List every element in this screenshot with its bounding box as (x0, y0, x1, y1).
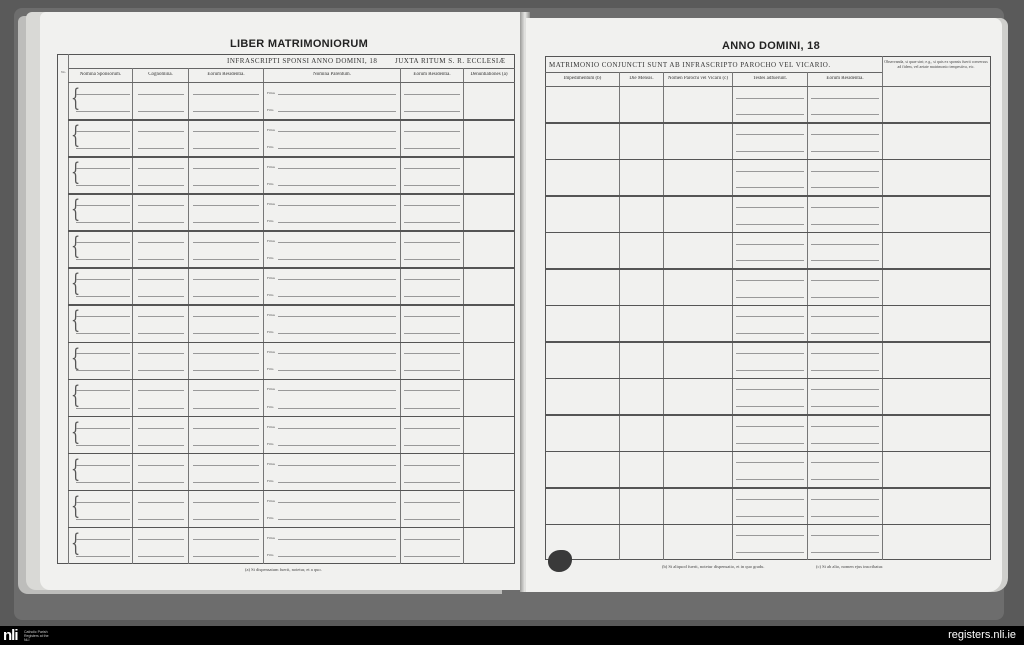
entry-line[interactable] (138, 131, 184, 132)
row-divider (68, 490, 515, 492)
entry-line[interactable] (811, 134, 879, 135)
row-divider (68, 119, 515, 121)
row-divider (68, 193, 515, 195)
entry-line[interactable] (193, 185, 259, 186)
entry-line[interactable] (278, 205, 396, 206)
entry-line[interactable] (278, 185, 396, 186)
entry-line[interactable] (278, 259, 396, 260)
brace-icon: { (71, 234, 80, 258)
entry-line[interactable] (278, 94, 396, 95)
entry-line[interactable] (811, 207, 879, 208)
entry-line[interactable] (811, 151, 879, 152)
footer-bar: nli Catholic Parish Registers at the NLI… (0, 626, 1024, 645)
entry-line[interactable] (193, 390, 259, 391)
entry-line[interactable] (138, 111, 184, 112)
entry-line[interactable] (278, 333, 396, 334)
row-divider (68, 527, 515, 529)
entry-line[interactable] (278, 279, 396, 280)
left-header-line-right: JUXTA RITUM S. R. ECCLESIÆ (395, 57, 505, 65)
entry-line[interactable] (278, 148, 396, 149)
entry-line[interactable] (736, 316, 804, 317)
entry-line[interactable] (404, 279, 460, 280)
entry-line[interactable] (193, 482, 259, 483)
entry-line[interactable] (76, 353, 130, 354)
entry-line[interactable] (76, 465, 130, 466)
entry-line[interactable] (193, 94, 259, 95)
filius-label: Filius (267, 462, 275, 466)
filius-label: Filius (267, 202, 275, 206)
col-header-nomina-parentum: Nomina Parentum. (264, 72, 400, 77)
entry-line[interactable] (811, 535, 879, 536)
brace-icon: { (71, 420, 80, 444)
entry-line[interactable] (736, 134, 804, 135)
entry-line[interactable] (404, 370, 460, 371)
row-divider (545, 232, 991, 234)
entry-line[interactable] (138, 168, 184, 169)
col-header-nomina-sponsorum: Nomina Sponsorum. (69, 72, 132, 77)
entry-line[interactable] (404, 556, 460, 557)
entry-line[interactable] (404, 445, 460, 446)
row-divider (545, 524, 991, 526)
entry-line[interactable] (138, 482, 184, 483)
entry-line[interactable] (811, 462, 879, 463)
entry-line[interactable] (138, 222, 184, 223)
entry-line[interactable] (278, 519, 396, 520)
filius-label: Filius (267, 387, 275, 391)
entry-line[interactable] (404, 242, 460, 243)
row-divider (545, 268, 991, 270)
entry-line[interactable] (278, 408, 396, 409)
entry-line[interactable] (138, 519, 184, 520)
filius-label: Filius (267, 239, 275, 243)
filia-label: Filia (267, 256, 273, 260)
filia-label: Filia (267, 367, 273, 371)
entry-line[interactable] (278, 539, 396, 540)
entry-line[interactable] (811, 333, 879, 334)
row-divider (68, 304, 515, 306)
right-page: ANNO DOMINI, 18 MATRIMONIO CONJUNCTI SUN… (526, 18, 1002, 592)
entry-line[interactable] (76, 519, 130, 520)
entry-line[interactable] (193, 131, 259, 132)
entry-line[interactable] (138, 259, 184, 260)
row-divider (545, 159, 991, 161)
entry-line[interactable] (278, 316, 396, 317)
entry-line[interactable] (278, 242, 396, 243)
entry-line[interactable] (138, 316, 184, 317)
left-page: LIBER MATRIMONIORUM No. INFRASCRIPTI SPO… (40, 12, 524, 590)
entry-line[interactable] (736, 462, 804, 463)
entry-line[interactable] (278, 428, 396, 429)
entry-line[interactable] (76, 131, 130, 132)
entry-line[interactable] (811, 114, 879, 115)
entry-line[interactable] (811, 406, 879, 407)
filius-label: Filius (267, 536, 275, 540)
row-divider (545, 122, 991, 124)
entry-line[interactable] (76, 316, 130, 317)
filia-label: Filia (267, 479, 273, 483)
entry-line[interactable] (811, 244, 879, 245)
row-divider (545, 414, 991, 416)
row-divider (68, 416, 515, 418)
entry-line[interactable] (76, 111, 130, 112)
entry-line[interactable] (193, 279, 259, 280)
row-divider (68, 230, 515, 232)
logo-caption: Catholic Parish Registers at the NLI (24, 630, 54, 642)
entry-line[interactable] (138, 465, 184, 466)
entry-line[interactable] (138, 279, 184, 280)
entry-line[interactable] (278, 296, 396, 297)
entry-line[interactable] (193, 353, 259, 354)
entry-line[interactable] (404, 296, 460, 297)
entry-line[interactable] (138, 556, 184, 557)
filia-label: Filia (267, 182, 273, 186)
entry-line[interactable] (404, 353, 460, 354)
divider (882, 56, 883, 560)
entry-line[interactable] (811, 98, 879, 99)
entry-line[interactable] (404, 111, 460, 112)
entry-line[interactable] (76, 148, 130, 149)
entry-line[interactable] (811, 516, 879, 517)
entry-line[interactable] (193, 242, 259, 243)
col-header-testes: Testes adfuerunt. (733, 76, 807, 81)
filius-label: Filius (267, 425, 275, 429)
left-footnote: (a) Si dispensatum fuerit, notetur, et a… (245, 567, 322, 572)
entry-line[interactable] (736, 187, 804, 188)
entry-line[interactable] (811, 171, 879, 172)
entry-line[interactable] (811, 389, 879, 390)
entry-line[interactable] (278, 168, 396, 169)
entry-line[interactable] (736, 389, 804, 390)
divider (68, 68, 515, 69)
divider (545, 86, 991, 87)
entry-line[interactable] (193, 316, 259, 317)
entry-line[interactable] (404, 259, 460, 260)
filia-label: Filia (267, 516, 273, 520)
entry-line[interactable] (278, 465, 396, 466)
left-page-title: LIBER MATRIMONIORUM (230, 38, 368, 50)
entry-line[interactable] (138, 333, 184, 334)
brace-icon: { (71, 86, 80, 110)
entry-line[interactable] (404, 185, 460, 186)
brace-icon: { (71, 123, 80, 147)
entry-line[interactable] (811, 479, 879, 480)
entry-line[interactable] (138, 148, 184, 149)
row-divider (68, 379, 515, 381)
entry-line[interactable] (736, 151, 804, 152)
entry-line[interactable] (736, 224, 804, 225)
entry-line[interactable] (76, 333, 130, 334)
brace-icon: { (71, 197, 80, 221)
entry-line[interactable] (736, 207, 804, 208)
col-header-eorum-residentia: Eorum Residentia. (189, 72, 263, 77)
col-header-impedimentum: Impedimentum (b) (546, 76, 619, 81)
filia-label: Filia (267, 330, 273, 334)
entry-line[interactable] (811, 224, 879, 225)
entry-line[interactable] (138, 390, 184, 391)
observation-note: Observanda, si quae sint; e.g., si quis … (884, 60, 988, 70)
row-divider (68, 342, 515, 344)
entry-line[interactable] (138, 242, 184, 243)
entry-line[interactable] (193, 502, 259, 503)
entry-line[interactable] (193, 428, 259, 429)
entry-line[interactable] (138, 205, 184, 206)
entry-line[interactable] (76, 242, 130, 243)
brace-icon: { (71, 271, 80, 295)
filia-label: Filia (267, 145, 273, 149)
entry-line[interactable] (76, 445, 130, 446)
col-header-denuntiationes: Denuntiationes (a) (464, 72, 514, 77)
entry-line[interactable] (404, 222, 460, 223)
col-header-eorum-residentia-right: Eorum Residentia. (808, 76, 882, 81)
brace-icon: { (71, 494, 80, 518)
entry-line[interactable] (811, 426, 879, 427)
entry-line[interactable] (278, 390, 396, 391)
filia-label: Filia (267, 293, 273, 297)
entry-line[interactable] (278, 111, 396, 112)
entry-line[interactable] (193, 205, 259, 206)
entry-line[interactable] (404, 465, 460, 466)
entry-line[interactable] (404, 94, 460, 95)
row-divider (545, 451, 991, 453)
entry-line[interactable] (404, 428, 460, 429)
entry-line[interactable] (811, 297, 879, 298)
entry-line[interactable] (736, 499, 804, 500)
row-divider (545, 341, 991, 343)
entry-line[interactable] (138, 445, 184, 446)
brace-icon: { (71, 531, 80, 555)
entry-line[interactable] (193, 296, 259, 297)
entry-line[interactable] (736, 244, 804, 245)
entry-line[interactable] (138, 94, 184, 95)
row-divider (545, 487, 991, 489)
entry-line[interactable] (278, 482, 396, 483)
entry-line[interactable] (76, 502, 130, 503)
entry-line[interactable] (811, 316, 879, 317)
filia-label: Filia (267, 108, 273, 112)
entry-line[interactable] (811, 499, 879, 500)
entry-line[interactable] (404, 131, 460, 132)
entry-line[interactable] (736, 535, 804, 536)
filia-label: Filia (267, 442, 273, 446)
row-divider (545, 378, 991, 380)
entry-line[interactable] (404, 502, 460, 503)
entry-line[interactable] (278, 502, 396, 503)
entry-line[interactable] (193, 539, 259, 540)
brace-icon: { (71, 308, 80, 332)
entry-line[interactable] (736, 114, 804, 115)
filius-label: Filius (267, 91, 275, 95)
entry-line[interactable] (811, 260, 879, 261)
entry-line[interactable] (76, 539, 130, 540)
site-link[interactable]: registers.nli.ie (948, 629, 1016, 641)
filia-label: Filia (267, 553, 273, 557)
entry-line[interactable] (404, 205, 460, 206)
filius-label: Filius (267, 276, 275, 280)
entry-line[interactable] (193, 519, 259, 520)
entry-line[interactable] (404, 482, 460, 483)
entry-line[interactable] (404, 539, 460, 540)
entry-line[interactable] (404, 408, 460, 409)
entry-line[interactable] (736, 297, 804, 298)
entry-line[interactable] (404, 316, 460, 317)
col-header-cognomina: Cognomina. (133, 72, 188, 77)
col-header-nomen-parochi: Nomen Parochi vel Vicarii (c) (664, 76, 732, 81)
brace-icon: { (71, 160, 80, 184)
entry-line[interactable] (193, 111, 259, 112)
entry-line[interactable] (138, 370, 184, 371)
right-header-line: MATRIMONIO CONJUNCTI SUNT AB INFRASCRIPT… (549, 61, 831, 69)
entry-line[interactable] (76, 279, 130, 280)
entry-line[interactable] (193, 259, 259, 260)
entry-line[interactable] (736, 443, 804, 444)
divider (68, 54, 69, 564)
filius-label: Filius (267, 128, 275, 132)
entry-line[interactable] (76, 259, 130, 260)
entry-line[interactable] (736, 98, 804, 99)
entry-line[interactable] (76, 370, 130, 371)
filius-label: Filius (267, 499, 275, 503)
entry-line[interactable] (736, 260, 804, 261)
entry-line[interactable] (736, 353, 804, 354)
entry-line[interactable] (76, 185, 130, 186)
entry-line[interactable] (278, 222, 396, 223)
entry-line[interactable] (138, 353, 184, 354)
entry-line[interactable] (736, 516, 804, 517)
entry-line[interactable] (736, 171, 804, 172)
entry-line[interactable] (138, 502, 184, 503)
entry-line[interactable] (193, 148, 259, 149)
entry-line[interactable] (193, 370, 259, 371)
entry-line[interactable] (138, 408, 184, 409)
entry-line[interactable] (278, 370, 396, 371)
entry-line[interactable] (138, 185, 184, 186)
brace-icon: { (71, 457, 80, 481)
entry-line[interactable] (811, 187, 879, 188)
entry-line[interactable] (193, 445, 259, 446)
entry-line[interactable] (404, 333, 460, 334)
entry-line[interactable] (811, 280, 879, 281)
entry-line[interactable] (76, 168, 130, 169)
entry-line[interactable] (736, 370, 804, 371)
right-page-title: ANNO DOMINI, 18 (722, 40, 820, 52)
divider (68, 82, 515, 83)
row-divider (68, 156, 515, 158)
entry-line[interactable] (736, 406, 804, 407)
row-divider (545, 195, 991, 197)
filius-label: Filius (267, 350, 275, 354)
entry-line[interactable] (193, 333, 259, 334)
number-column-label: No. (61, 70, 66, 74)
brace-icon: { (71, 383, 80, 407)
entry-line[interactable] (404, 148, 460, 149)
brace-icon: { (71, 346, 80, 370)
filius-label: Filius (267, 313, 275, 317)
entry-line[interactable] (193, 556, 259, 557)
entry-line[interactable] (193, 222, 259, 223)
entry-line[interactable] (76, 94, 130, 95)
col-header-eorum-residentia-2: Eorum Residentia. (401, 72, 463, 77)
row-divider (68, 267, 515, 269)
entry-line[interactable] (811, 370, 879, 371)
entry-line[interactable] (736, 280, 804, 281)
entry-line[interactable] (736, 333, 804, 334)
entry-line[interactable] (404, 168, 460, 169)
entry-line[interactable] (278, 131, 396, 132)
row-divider (545, 305, 991, 307)
entry-line[interactable] (76, 222, 130, 223)
entry-line[interactable] (193, 168, 259, 169)
row-divider (68, 453, 515, 455)
entry-line[interactable] (76, 556, 130, 557)
right-register-table (545, 56, 991, 560)
entry-line[interactable] (404, 519, 460, 520)
entry-line[interactable] (76, 428, 130, 429)
nli-logo[interactable]: nli (3, 628, 18, 643)
entry-line[interactable] (193, 465, 259, 466)
filius-label: Filius (267, 165, 275, 169)
entry-line[interactable] (811, 353, 879, 354)
entry-line[interactable] (278, 445, 396, 446)
right-footnote-c: (c) Si ab alio, nomen ejus inscribatur. (816, 564, 883, 569)
entry-line[interactable] (811, 443, 879, 444)
right-footnote-b: (b) Si aliquod fuerit, notetur dispensat… (662, 564, 764, 569)
entry-line[interactable] (278, 353, 396, 354)
entry-line[interactable] (193, 408, 259, 409)
entry-line[interactable] (76, 296, 130, 297)
entry-line[interactable] (404, 390, 460, 391)
entry-line[interactable] (76, 205, 130, 206)
entry-line[interactable] (76, 390, 130, 391)
filia-label: Filia (267, 219, 273, 223)
entry-line[interactable] (736, 479, 804, 480)
entry-line[interactable] (76, 482, 130, 483)
entry-line[interactable] (811, 552, 879, 553)
filia-label: Filia (267, 405, 273, 409)
register-image-viewer[interactable]: LIBER MATRIMONIORUM No. INFRASCRIPTI SPO… (0, 0, 1024, 626)
entry-line[interactable] (278, 556, 396, 557)
entry-line[interactable] (736, 552, 804, 553)
entry-line[interactable] (138, 296, 184, 297)
ink-stain (548, 550, 572, 572)
col-header-die-mensis: Die Mensis. (620, 76, 663, 81)
entry-line[interactable] (76, 408, 130, 409)
entry-line[interactable] (138, 539, 184, 540)
entry-line[interactable] (138, 428, 184, 429)
entry-line[interactable] (736, 426, 804, 427)
divider (545, 72, 882, 73)
left-header-line: INFRASCRIPTI SPONSI ANNO DOMINI, 18 (227, 57, 377, 65)
